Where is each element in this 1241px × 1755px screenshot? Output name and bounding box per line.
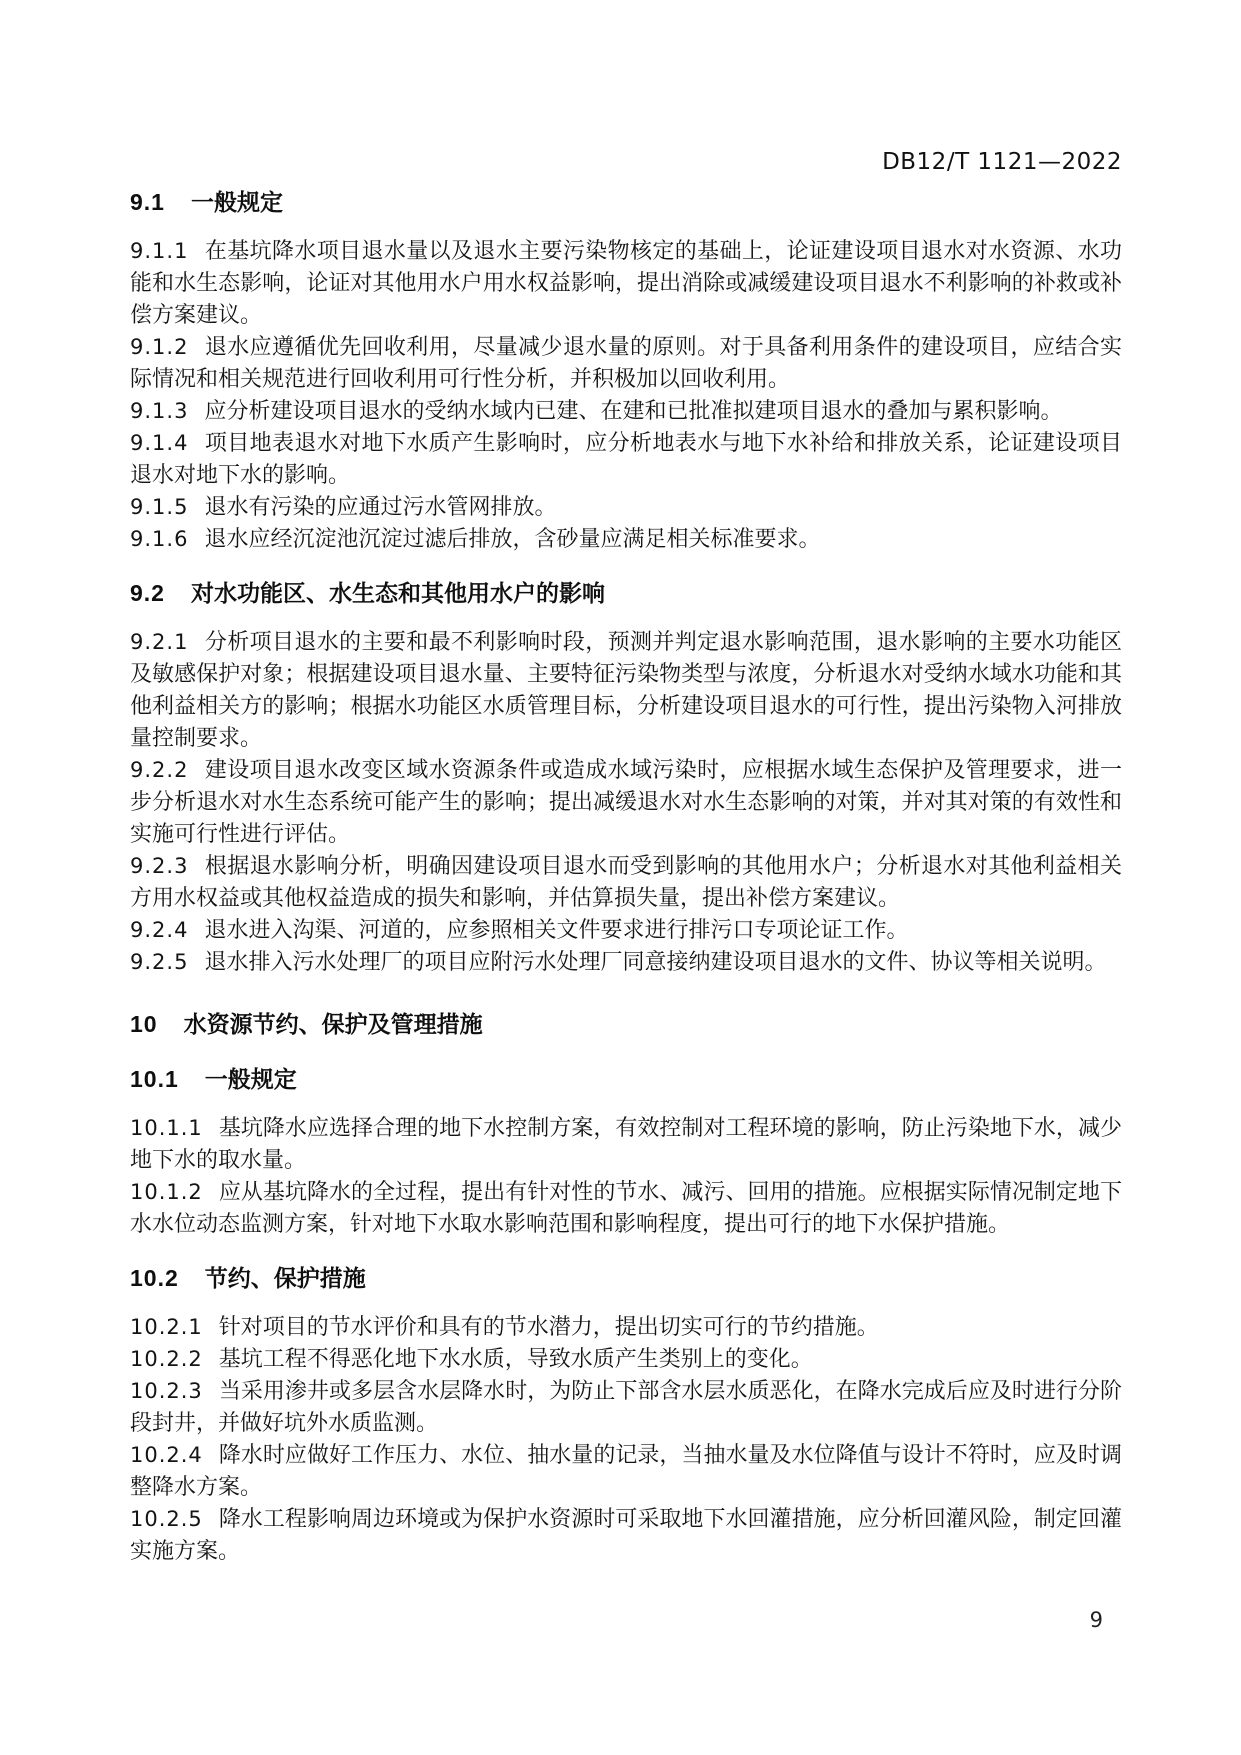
section-number: 10.1: [130, 1066, 179, 1092]
clause-9-1-4: 9.1.4项目地表退水对地下水质产生影响时，应分析地表水与地下水补给和排放关系，…: [130, 427, 1122, 491]
clause-number: 10.1.1: [130, 1116, 203, 1140]
clause-number: 10.2.4: [130, 1443, 203, 1467]
document-page: DB12/T 1121—2022 9.1一般规定 9.1.1在基坑降水项目退水量…: [0, 0, 1241, 1755]
clause-number: 9.2.3: [130, 854, 188, 878]
chapter-number: 10: [130, 1011, 158, 1037]
clause-10-1-2: 10.1.2应从基坑降水的全过程，提出有针对性的节水、减污、回用的措施。应根据实…: [130, 1176, 1122, 1240]
section-title: 一般规定: [205, 1066, 297, 1092]
clause-number: 10.2.3: [130, 1379, 203, 1403]
clause-number: 9.2.2: [130, 758, 188, 782]
clause-9-1-3: 9.1.3应分析建设项目退水的受纳水域内已建、在建和已批准拟建项目退水的叠加与累…: [130, 395, 1122, 427]
clause-number: 10.2.5: [130, 1507, 203, 1531]
clause-10-2-4: 10.2.4降水时应做好工作压力、水位、抽水量的记录，当抽水量及水位降值与设计不…: [130, 1439, 1122, 1503]
chapter-title: 水资源节约、保护及管理措施: [184, 1011, 483, 1037]
clause-text: 基坑工程不得恶化地下水水质，导致水质产生类别上的变化。: [219, 1346, 813, 1371]
clause-9-2-3: 9.2.3根据退水影响分析，明确因建设项目退水而受到影响的其他用水户；分析退水对…: [130, 850, 1122, 914]
section-heading-9-2: 9.2对水功能区、水生态和其他用水户的影响: [130, 577, 1122, 610]
clause-text: 根据退水影响分析，明确因建设项目退水而受到影响的其他用水户；分析退水对其他利益相…: [130, 853, 1122, 910]
clause-text: 应从基坑降水的全过程，提出有针对性的节水、减污、回用的措施。应根据实际情况制定地…: [130, 1179, 1122, 1236]
section-number: 10.2: [130, 1265, 179, 1291]
clause-text: 退水应经沉淀池沉淀过滤后排放，含砂量应满足相关标准要求。: [204, 526, 820, 551]
clause-9-2-1: 9.2.1分析项目退水的主要和最不利影响时段，预测并判定退水影响范围，退水影响的…: [130, 626, 1122, 754]
clause-text: 项目地表退水对地下水质产生影响时，应分析地表水与地下水补给和排放关系，论证建设项…: [130, 430, 1122, 487]
clause-number: 9.1.6: [130, 527, 188, 551]
section-title: 节约、保护措施: [205, 1265, 366, 1291]
section-number: 9.1: [130, 189, 165, 215]
clause-10-2-2: 10.2.2基坑工程不得恶化地下水水质，导致水质产生类别上的变化。: [130, 1343, 1122, 1375]
clause-9-1-6: 9.1.6退水应经沉淀池沉淀过滤后排放，含砂量应满足相关标准要求。: [130, 523, 1122, 555]
clause-text: 退水进入沟渠、河道的，应参照相关文件要求进行排污口专项论证工作。: [204, 917, 908, 942]
clause-number: 10.2.1: [130, 1315, 203, 1339]
clause-text: 建设项目退水改变区域水资源条件或造成水域污染时，应根据水域生态保护及管理要求，进…: [130, 757, 1122, 846]
section-heading-9-1: 9.1一般规定: [130, 186, 1122, 219]
clause-number: 9.1.2: [130, 335, 188, 359]
page-number: 9: [1090, 1608, 1103, 1632]
clause-number: 9.1.3: [130, 399, 188, 423]
clause-text: 在基坑降水项目退水量以及退水主要污染物核定的基础上，论证建设项目退水对水资源、水…: [130, 238, 1122, 327]
clause-number: 9.2.1: [130, 630, 188, 654]
clause-9-1-2: 9.1.2退水应遵循优先回收利用，尽量减少退水量的原则。对于具备利用条件的建设项…: [130, 331, 1122, 395]
clause-number: 9.2.4: [130, 918, 188, 942]
clause-number: 9.2.5: [130, 950, 188, 974]
clause-text: 退水有污染的应通过污水管网排放。: [204, 494, 556, 519]
clause-text: 应分析建设项目退水的受纳水域内已建、在建和已批准拟建项目退水的叠加与累积影响。: [204, 398, 1062, 423]
clause-text: 退水排入污水处理厂的项目应附污水处理厂同意接纳建设项目退水的文件、协议等相关说明…: [204, 949, 1106, 974]
clause-text: 降水工程影响周边环境或为保护水资源时可采取地下水回灌措施，应分析回灌风险，制定回…: [130, 1506, 1122, 1563]
clause-10-2-3: 10.2.3当采用渗井或多层含水层降水时，为防止下部含水层水质恶化，在降水完成后…: [130, 1375, 1122, 1439]
clause-number: 10.1.2: [130, 1180, 203, 1204]
clause-10-1-1: 10.1.1基坑降水应选择合理的地下水控制方案，有效控制对工程环境的影响，防止污…: [130, 1112, 1122, 1176]
clause-10-2-5: 10.2.5降水工程影响周边环境或为保护水资源时可采取地下水回灌措施，应分析回灌…: [130, 1503, 1122, 1567]
clause-9-2-4: 9.2.4退水进入沟渠、河道的，应参照相关文件要求进行排污口专项论证工作。: [130, 914, 1122, 946]
clause-text: 分析项目退水的主要和最不利影响时段，预测并判定退水影响范围，退水影响的主要水功能…: [130, 629, 1122, 750]
clause-9-1-1: 9.1.1在基坑降水项目退水量以及退水主要污染物核定的基础上，论证建设项目退水对…: [130, 235, 1122, 331]
clause-text: 退水应遵循优先回收利用，尽量减少退水量的原则。对于具备利用条件的建设项目，应结合…: [130, 334, 1122, 391]
section-heading-10-2: 10.2节约、保护措施: [130, 1262, 1122, 1295]
clause-number: 10.2.2: [130, 1347, 203, 1371]
section-heading-10-1: 10.1一般规定: [130, 1063, 1122, 1096]
clause-text: 降水时应做好工作压力、水位、抽水量的记录，当抽水量及水位降值与设计不符时，应及时…: [130, 1442, 1122, 1499]
clause-number: 9.1.5: [130, 495, 188, 519]
clause-9-2-2: 9.2.2建设项目退水改变区域水资源条件或造成水域污染时，应根据水域生态保护及管…: [130, 754, 1122, 850]
clause-text: 针对项目的节水评价和具有的节水潜力，提出切实可行的节约措施。: [219, 1314, 879, 1339]
clause-number: 9.1.1: [130, 239, 188, 263]
section-title: 一般规定: [191, 189, 283, 215]
section-title: 对水功能区、水生态和其他用水户的影响: [191, 580, 605, 606]
chapter-heading-10: 10水资源节约、保护及管理措施: [130, 1008, 1122, 1041]
clause-text: 基坑降水应选择合理的地下水控制方案，有效控制对工程环境的影响，防止污染地下水，减…: [130, 1115, 1122, 1172]
clause-number: 9.1.4: [130, 431, 188, 455]
document-content: DB12/T 1121—2022 9.1一般规定 9.1.1在基坑降水项目退水量…: [130, 148, 1122, 1567]
clause-text: 当采用渗井或多层含水层降水时，为防止下部含水层水质恶化，在降水完成后应及时进行分…: [130, 1378, 1122, 1435]
clause-9-2-5: 9.2.5退水排入污水处理厂的项目应附污水处理厂同意接纳建设项目退水的文件、协议…: [130, 946, 1122, 978]
section-number: 9.2: [130, 580, 165, 606]
clause-9-1-5: 9.1.5退水有污染的应通过污水管网排放。: [130, 491, 1122, 523]
standard-code-header: DB12/T 1121—2022: [130, 148, 1122, 176]
clause-10-2-1: 10.2.1针对项目的节水评价和具有的节水潜力，提出切实可行的节约措施。: [130, 1311, 1122, 1343]
